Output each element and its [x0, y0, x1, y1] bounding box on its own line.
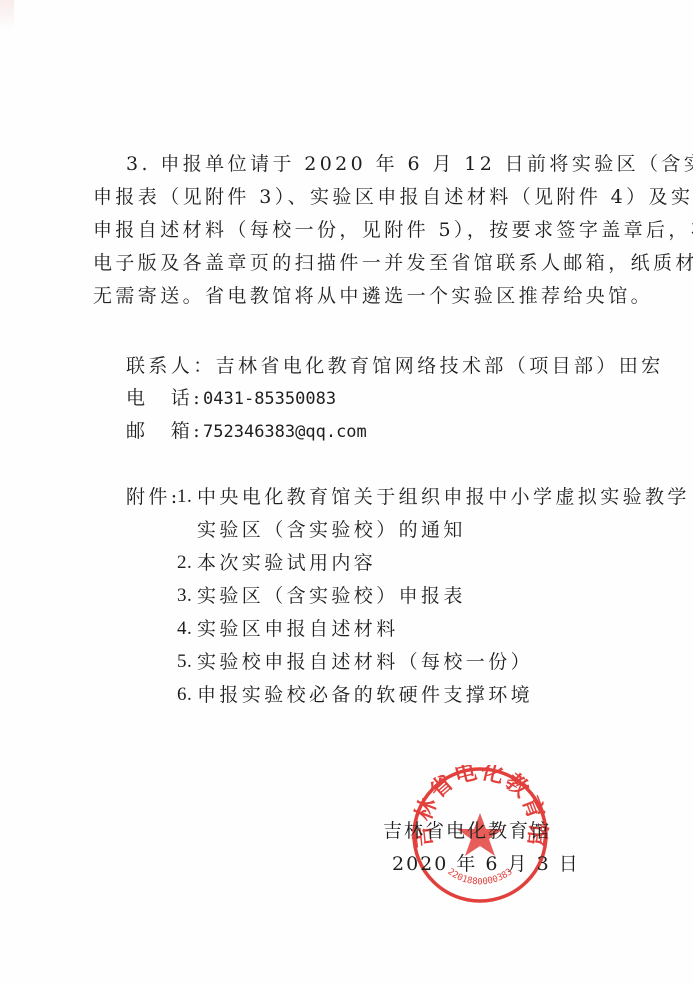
scan-edge-tint — [0, 0, 14, 30]
contact-email-row: 邮 箱:752346383@qq.com — [126, 419, 367, 444]
attachment-text: 实验区申报自述材料 — [197, 617, 399, 641]
paragraph-line: 无需寄送。省电教馆将从中遴选一个实验区推荐给央馆。 — [93, 284, 653, 308]
attachments-label: 附件: — [126, 485, 181, 509]
attachment-number: 2. — [177, 551, 192, 575]
attachment-text-continued: 实验区（含实验校）的通知 — [197, 518, 466, 542]
attachment-text: 本次实验试用内容 — [197, 551, 376, 575]
attachment-number: 6. — [177, 683, 192, 707]
attachment-text: 中央电化教育馆关于组织申报中小学虚拟实验教学 — [197, 485, 690, 509]
paragraph-line: 申报自述材料（每校一份，见附件 5），按要求签字盖章后，将 — [93, 218, 693, 242]
attachment-text: 实验校申报自述材料（每校一份） — [197, 650, 533, 674]
attachment-text: 申报实验校必备的软硬件支撑环境 — [197, 683, 533, 707]
attachment-number: 4. — [177, 617, 192, 641]
paragraph-line: 申报表（见附件 3）、实验区申报自述材料（见附件 4）及实验校 — [93, 185, 693, 209]
contact-person-value: 吉林省电化教育馆网络技术部（项目部）田宏 — [216, 355, 664, 377]
contact-phone-value: 0431-85350083 — [203, 389, 336, 409]
attachment-number: 1. — [177, 485, 192, 509]
attachment-text: 实验区（含实验校）申报表 — [197, 584, 466, 608]
contact-phone-row: 电 话:0431-85350083 — [126, 386, 336, 411]
paragraph-line: 电子版及各盖章页的扫描件一并发至省馆联系人邮箱，纸质材料 — [93, 251, 693, 275]
paragraph-line: 3. 申报单位请于 2020 年 6 月 12 日前将实验区（含实验校） — [126, 152, 693, 176]
attachment-number: 3. — [177, 584, 192, 608]
signature-organization: 吉林省电化教育馆 — [383, 819, 551, 843]
signature-date: 2020 年 6 月 3 日 — [392, 852, 580, 876]
contact-email-value: 752346383@qq.com — [203, 422, 367, 442]
attachment-number: 5. — [177, 650, 192, 674]
contact-person-row: 联系人：吉林省电化教育馆网络技术部（项目部）田宏 — [126, 354, 664, 378]
document-page: 3. 申报单位请于 2020 年 6 月 12 日前将实验区（含实验校） 申报表… — [0, 0, 693, 986]
contact-phone-label: 电 话: — [126, 387, 203, 409]
contact-email-label: 邮 箱: — [126, 420, 203, 442]
contact-person-label: 联系人： — [126, 355, 216, 377]
